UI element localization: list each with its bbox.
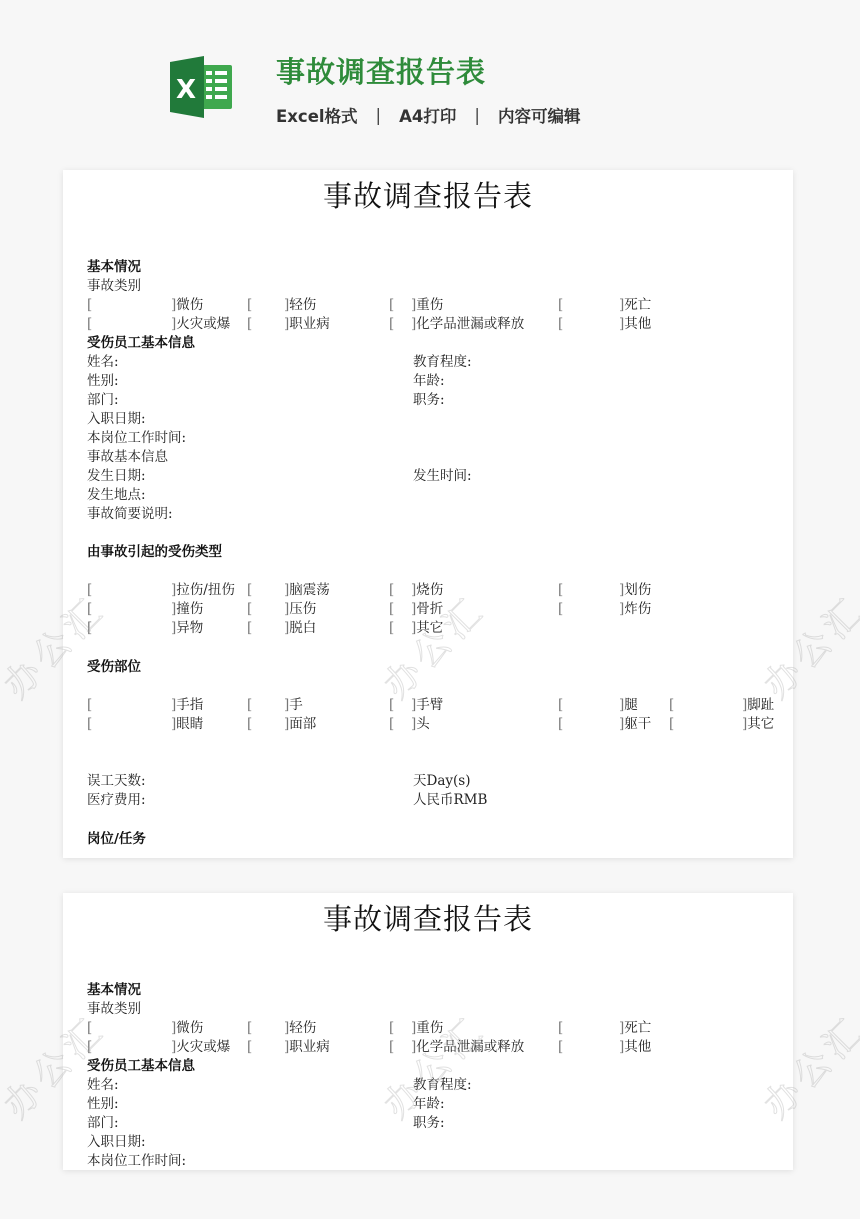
- field-education: 教育程度:: [413, 1076, 472, 1095]
- checkbox-option[interactable]: ]划伤: [619, 581, 651, 600]
- checkbox-option[interactable]: ]异物: [171, 619, 203, 638]
- checkbox-option[interactable]: ]职业病: [284, 1038, 330, 1057]
- accident-category-row: [ ]微伤 [ ]轻伤 [ ]重伤 [ ]死亡: [87, 1019, 787, 1038]
- svg-text:X: X: [176, 75, 196, 105]
- checkbox-option[interactable]: ]炸伤: [619, 600, 651, 619]
- document-page-2: 事故调查报告表 基本情况 事故类别 [ ]微伤 [ ]轻伤 [ ]重伤 [ ]死…: [63, 893, 793, 1170]
- checkbox-option[interactable]: ]手指: [171, 696, 203, 715]
- body-part-row: [ ]手指 [ ]手 [ ]手臂 [ ]腿 [ ]脚趾: [87, 696, 787, 715]
- product-tags: Excel格式 | A4打印 | 内容可编辑: [276, 103, 580, 127]
- field-accident-date: 发生日期:: [87, 467, 146, 486]
- document-title: 事故调查报告表: [63, 897, 793, 938]
- injury-type-row: [ ]异物 [ ]脱白 [ ]其它: [87, 619, 787, 638]
- checkbox-option[interactable]: ]死亡: [619, 1019, 651, 1038]
- field-gender: 性别:: [87, 1095, 119, 1114]
- checkbox-option[interactable]: ]头: [411, 715, 430, 734]
- checkbox-option[interactable]: ]火灾或爆: [171, 1038, 230, 1057]
- section-employee: 受伤员工基本信息: [87, 1057, 195, 1076]
- separator: |: [474, 106, 480, 125]
- checkbox-option[interactable]: ]其他: [619, 1038, 651, 1057]
- checkbox-option[interactable]: ]面部: [284, 715, 316, 734]
- field-position: 职务:: [413, 391, 445, 410]
- checkbox-option[interactable]: ]眼睛: [171, 715, 203, 734]
- checkbox-option[interactable]: ]化学品泄漏或释放: [411, 1038, 524, 1057]
- checkbox-option[interactable]: ]脑震荡: [284, 581, 330, 600]
- section-basic: 基本情况: [87, 258, 141, 277]
- tag-editable: 内容可编辑: [498, 103, 581, 127]
- field-lost-days: 误工天数:: [87, 772, 146, 791]
- field-education: 教育程度:: [413, 353, 472, 372]
- excel-icon: X: [170, 56, 234, 118]
- field-hire-date: 入职日期:: [87, 410, 146, 429]
- field-hire-date: 入职日期:: [87, 1133, 146, 1152]
- checkbox-option[interactable]: ]压伤: [284, 600, 316, 619]
- field-accident-location: 发生地点:: [87, 486, 146, 505]
- medical-cost-unit: 人民币RMB: [413, 791, 487, 810]
- accident-category-row: [ ]火灾或爆 [ ]职业病 [ ]化学品泄漏或释放 [ ]其他: [87, 315, 787, 334]
- preview-header: X 事故调查报告表 Excel格式 | A4打印 | 内容可编辑: [0, 0, 860, 160]
- checkbox-option[interactable]: ]手: [284, 696, 303, 715]
- checkbox-option[interactable]: ]撞伤: [171, 600, 203, 619]
- checkbox-option[interactable]: ]脱白: [284, 619, 316, 638]
- accident-info-label: 事故基本信息: [87, 448, 168, 467]
- field-age: 年龄:: [413, 372, 445, 391]
- document-page-1: 事故调查报告表 基本情况 事故类别 [ ]微伤 [ ]轻伤 [ ]重伤 [ ]死…: [63, 170, 793, 858]
- checkbox-option[interactable]: ]死亡: [619, 296, 651, 315]
- checkbox-option[interactable]: ]火灾或爆: [171, 315, 230, 334]
- checkbox-option[interactable]: ]微伤: [171, 1019, 203, 1038]
- section-body-part: 受伤部位: [87, 658, 141, 677]
- accident-category-row: [ ]火灾或爆 [ ]职业病 [ ]化学品泄漏或释放 [ ]其他: [87, 1038, 787, 1057]
- field-department: 部门:: [87, 391, 119, 410]
- checkbox-option[interactable]: ]化学品泄漏或释放: [411, 315, 524, 334]
- section-position: 岗位/任务: [87, 830, 146, 849]
- field-gender: 性别:: [87, 372, 119, 391]
- separator: |: [376, 106, 382, 125]
- body-part-row: [ ]眼睛 [ ]面部 [ ]头 [ ]躯干 [ ]其它: [87, 715, 787, 734]
- checkbox-option[interactable]: ]职业病: [284, 315, 330, 334]
- accident-category-row: [ ]微伤 [ ]轻伤 [ ]重伤 [ ]死亡: [87, 296, 787, 315]
- field-position: 职务:: [413, 1114, 445, 1133]
- product-title: 事故调查报告表: [276, 50, 486, 91]
- checkbox-option[interactable]: ]重伤: [411, 1019, 443, 1038]
- checkbox-option[interactable]: ]其它: [742, 715, 774, 734]
- checkbox-option[interactable]: ]手臂: [411, 696, 443, 715]
- checkbox-option[interactable]: ]骨折: [411, 600, 443, 619]
- lost-days-unit: 天Day(s): [413, 772, 470, 791]
- checkbox-option[interactable]: ]拉伤/扭伤: [171, 581, 247, 600]
- document-title: 事故调查报告表: [63, 174, 793, 215]
- checkbox-option[interactable]: ]重伤: [411, 296, 443, 315]
- injury-type-row: [ ]撞伤 [ ]压伤 [ ]骨折 [ ]炸伤: [87, 600, 787, 619]
- section-employee: 受伤员工基本信息: [87, 334, 195, 353]
- section-basic: 基本情况: [87, 981, 141, 1000]
- checkbox-option[interactable]: ]腿: [619, 696, 638, 715]
- accident-category-label: 事故类别: [87, 1000, 141, 1019]
- checkbox-option[interactable]: ]轻伤: [284, 1019, 316, 1038]
- checkbox-option[interactable]: ]轻伤: [284, 296, 316, 315]
- tag-print: A4打印: [399, 103, 456, 127]
- checkbox-option[interactable]: ]脚趾: [742, 696, 774, 715]
- field-accident-summary: 事故简要说明:: [87, 505, 173, 524]
- checkbox-option[interactable]: ]烧伤: [411, 581, 443, 600]
- field-medical-cost: 医疗费用:: [87, 791, 146, 810]
- checkbox-option[interactable]: ]其它: [411, 619, 443, 638]
- field-name: 姓名:: [87, 353, 119, 372]
- field-age: 年龄:: [413, 1095, 445, 1114]
- section-injury-type: 由事故引起的受伤类型: [87, 543, 222, 562]
- field-name: 姓名:: [87, 1076, 119, 1095]
- injury-type-row: [ ]拉伤/扭伤 [ ]脑震荡 [ ]烧伤 [ ]划伤: [87, 581, 787, 600]
- accident-category-label: 事故类别: [87, 277, 141, 296]
- field-department: 部门:: [87, 1114, 119, 1133]
- checkbox-option[interactable]: ]躯干: [619, 715, 651, 734]
- tag-format: Excel格式: [276, 103, 358, 127]
- field-accident-time: 发生时间:: [413, 467, 472, 486]
- checkbox-option[interactable]: ]微伤: [171, 296, 203, 315]
- field-tenure: 本岗位工作时间:: [87, 1152, 186, 1170]
- field-tenure: 本岗位工作时间:: [87, 429, 186, 448]
- checkbox-option[interactable]: ]其他: [619, 315, 651, 334]
